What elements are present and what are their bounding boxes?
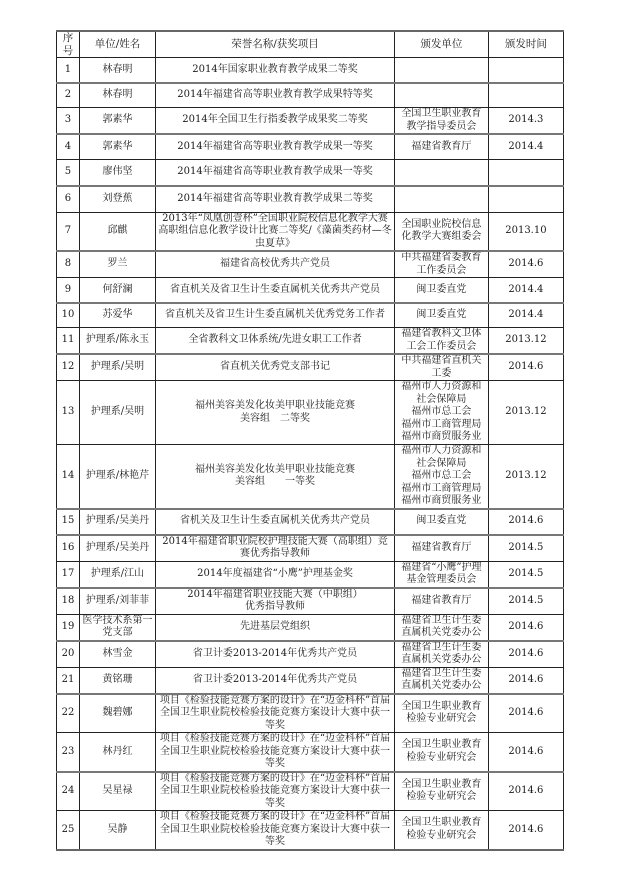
- cell-name: 护理系/陈永玉: [79, 328, 155, 355]
- cell-date: [488, 186, 563, 212]
- cell-date: 2014.3: [488, 108, 563, 135]
- awards-table: 序号 单位/姓名 荣誉名称/获奖项目 颁发单位 颁发时间 1林春明2014年国家…: [56, 30, 564, 851]
- table-row: 25吴静项目《检验技能竞赛方案的设计》在“迈金科杯”首届全国卫生职业院校检验技能…: [57, 811, 564, 850]
- table-row: 3郭素华2014年全国卫生行指委教学成果奖二等奖全国卫生职业教育教学指导委员会2…: [57, 108, 564, 135]
- cell-title: 省直机关优秀党支部书记: [156, 354, 395, 381]
- table-row: 22魏碧娜项目《检验技能竞赛方案的设计》在“迈金科杯”首届全国卫生职业院校检验技…: [57, 694, 564, 733]
- cell-title: 项目《检验技能竞赛方案的设计》在“迈金科杯”首届全国卫生职业院校检验技能竞赛方案…: [156, 733, 395, 772]
- table-row: 4郭素华2014年福建省高等职业教育教学成果一等奖福建省教育厅2014.4: [57, 134, 564, 159]
- header-title: 荣誉名称/获奖项目: [156, 31, 395, 58]
- cell-name: 护理系/吴美丹: [79, 509, 155, 535]
- cell-date: 2014.6: [488, 694, 563, 733]
- table-row: 23林丹红项目《检验技能竞赛方案的设计》在“迈金科杯”首届全国卫生职业院校检验技…: [57, 733, 564, 772]
- cell-no: 24: [57, 772, 80, 811]
- cell-title: 项目《检验技能竞赛方案的设计》在“迈金科杯”首届全国卫生职业院校检验技能竞赛方案…: [156, 811, 395, 850]
- cell-no: 11: [57, 328, 80, 355]
- cell-no: 9: [57, 278, 80, 303]
- cell-name: 护理系/吴明: [79, 381, 155, 445]
- cell-no: 15: [57, 509, 80, 535]
- cell-name: 黄铭珊: [79, 667, 155, 694]
- table-row: 12护理系/吴明省直机关优秀党支部书记中共福建省直机关工委2014.6: [57, 354, 564, 381]
- cell-title: 省卫计委2013-2014年优秀共产党员: [156, 641, 395, 668]
- table-row: 17护理系/江山2014年度福建省“小鹰”护理基金奖福建省“小鹰”护理基金管理委…: [57, 561, 564, 588]
- cell-no: 6: [57, 186, 80, 212]
- cell-name: 郭素华: [79, 108, 155, 135]
- cell-issuer: 福州市人力资源和社会保障局福州市总工会福州市工商管理局福州市商贸服务业: [394, 381, 488, 445]
- cell-title: 2013年“凤凰创壹杯”全国职业院校信息化教学大赛高职组信息化教学设计比赛二等奖…: [156, 212, 395, 251]
- table-row: 5廖伟坚2014年福建省高等职业教育教学成果一等奖: [57, 159, 564, 186]
- cell-no: 10: [57, 303, 80, 328]
- cell-no: 13: [57, 381, 80, 445]
- cell-title: 福州美容美发化妆美甲职业技能竞赛美容组 二等奖: [156, 381, 395, 445]
- cell-date: 2014.6: [488, 667, 563, 694]
- cell-date: 2014.6: [488, 772, 563, 811]
- cell-date: 2014.6: [488, 354, 563, 381]
- cell-name: 魏碧娜: [79, 694, 155, 733]
- cell-title: 福州美容美发化妆美甲职业技能竞赛美容组 一等奖: [156, 445, 395, 509]
- table-row: 20林雪金省卫计委2013-2014年优秀共产党员福建省卫生计生委直属机关党委办…: [57, 641, 564, 668]
- cell-no: 1: [57, 58, 80, 83]
- table-row: 16护理系/吴美丹2014年福建省职业院校护理技能大赛（高职组）竞赛优秀指导教师…: [57, 535, 564, 562]
- cell-name: 林丹红: [79, 733, 155, 772]
- cell-name: 林春明: [79, 58, 155, 83]
- cell-name: 护理系/刘菲菲: [79, 588, 155, 615]
- cell-name: 护理系/林艳芹: [79, 445, 155, 509]
- cell-issuer: 全国卫生职业教育教学指导委员会: [394, 108, 488, 135]
- cell-no: 8: [57, 251, 80, 278]
- table-row: 21黄铭珊省卫计委2013-2014年优秀共产党员福建省卫生计生委直属机关党委办…: [57, 667, 564, 694]
- cell-name: 林雪金: [79, 641, 155, 668]
- cell-issuer: 福建省卫生计生委直属机关党委办公: [394, 667, 488, 694]
- cell-title: 项目《检验技能竞赛方案的设计》在“迈金科杯”首届全国卫生职业院校检验技能竞赛方案…: [156, 772, 395, 811]
- cell-title: 省直机关及省卫生计生委直属机关优秀党务工作者: [156, 303, 395, 328]
- cell-date: 2014.6: [488, 509, 563, 535]
- cell-issuer: 福建省卫生计生委直属机关党委办公: [394, 641, 488, 668]
- header-issuer: 颁发单位: [394, 31, 488, 58]
- cell-issuer: [394, 159, 488, 186]
- cell-title: 先进基层党组织: [156, 614, 395, 641]
- cell-issuer: 全国卫生职业教育检验专业研究会: [394, 733, 488, 772]
- cell-title: 2014年福建省高等职业教育教学成果一等奖: [156, 134, 395, 159]
- table-body: 1林春明2014年国家职业教育教学成果二等奖2林春明2014年福建省高等职业教育…: [57, 58, 564, 850]
- cell-no: 12: [57, 354, 80, 381]
- cell-title: 2014年福建省高等职业教育教学成果二等奖: [156, 186, 395, 212]
- table-row: 9何舒澜省直机关及省卫生计生委直属机关优秀共产党员闽卫委直党2014.4: [57, 278, 564, 303]
- cell-name: 苏爱华: [79, 303, 155, 328]
- table-row: 2林春明2014年福建省高等职业教育教学成果特等奖: [57, 83, 564, 108]
- cell-issuer: 福建省教育厅: [394, 588, 488, 615]
- cell-name: 医学技术系第一党支部: [79, 614, 155, 641]
- cell-name: 护理系/江山: [79, 561, 155, 588]
- cell-no: 17: [57, 561, 80, 588]
- cell-name: 林春明: [79, 83, 155, 108]
- cell-name: 刘登蕉: [79, 186, 155, 212]
- cell-issuer: [394, 186, 488, 212]
- table-row: 6刘登蕉2014年福建省高等职业教育教学成果二等奖: [57, 186, 564, 212]
- table-header-row: 序号 单位/姓名 荣誉名称/获奖项目 颁发单位 颁发时间: [57, 31, 564, 58]
- cell-no: 7: [57, 212, 80, 251]
- cell-no: 23: [57, 733, 80, 772]
- table-row: 11护理系/陈永玉全省教科文卫体系统/先进女职工工作者福建省教科文卫体工会工作委…: [57, 328, 564, 355]
- cell-name: 罗兰: [79, 251, 155, 278]
- cell-title: 省卫计委2013-2014年优秀共产党员: [156, 667, 395, 694]
- header-date: 颁发时间: [488, 31, 563, 58]
- cell-title: 2014年国家职业教育教学成果二等奖: [156, 58, 395, 83]
- cell-issuer: 闽卫委直党: [394, 278, 488, 303]
- cell-no: 18: [57, 588, 80, 615]
- cell-issuer: 全国卫生职业教育检验专业研究会: [394, 694, 488, 733]
- cell-date: 2014.5: [488, 535, 563, 562]
- cell-date: 2013.12: [488, 381, 563, 445]
- cell-issuer: 中共福建省直机关工委: [394, 354, 488, 381]
- table-row: 18护理系/刘菲菲2014年福建省职业技能大赛（中职组）优秀指导教师福建省教育厅…: [57, 588, 564, 615]
- cell-issuer: 福建省教育厅: [394, 134, 488, 159]
- cell-no: 5: [57, 159, 80, 186]
- cell-issuer: 福建省教育厅: [394, 535, 488, 562]
- cell-no: 16: [57, 535, 80, 562]
- cell-date: 2014.4: [488, 134, 563, 159]
- table-row: 15护理系/吴美丹省机关及卫生计生委直属机关优秀共产党员闽卫委直党2014.6: [57, 509, 564, 535]
- cell-issuer: [394, 83, 488, 108]
- cell-title: 2014年福建省职业院校护理技能大赛（高职组）竞赛优秀指导教师: [156, 535, 395, 562]
- cell-issuer: 福州市人力资源和社会保障局福州市总工会福州市工商管理局福州市商贸服务业: [394, 445, 488, 509]
- table-row: 10苏爱华省直机关及省卫生计生委直属机关优秀党务工作者闽卫委直党2014.4: [57, 303, 564, 328]
- cell-date: [488, 159, 563, 186]
- cell-issuer: 全国卫生职业教育检验专业研究会: [394, 811, 488, 850]
- cell-date: 2014.5: [488, 588, 563, 615]
- cell-date: 2014.4: [488, 303, 563, 328]
- cell-date: 2014.6: [488, 811, 563, 850]
- cell-no: 25: [57, 811, 80, 850]
- cell-date: 2014.6: [488, 733, 563, 772]
- cell-issuer: [394, 58, 488, 83]
- cell-title: 2014年度福建省“小鹰”护理基金奖: [156, 561, 395, 588]
- cell-no: 21: [57, 667, 80, 694]
- cell-title: 2014年全国卫生行指委教学成果奖二等奖: [156, 108, 395, 135]
- cell-date: 2014.6: [488, 641, 563, 668]
- cell-title: 省直机关及省卫生计生委直属机关优秀共产党员: [156, 278, 395, 303]
- cell-title: 2014年福建省高等职业教育教学成果特等奖: [156, 83, 395, 108]
- cell-date: 2014.6: [488, 614, 563, 641]
- cell-date: 2013.12: [488, 445, 563, 509]
- cell-issuer: 中共福建省委教育工作委员会: [394, 251, 488, 278]
- table-row: 19医学技术系第一党支部先进基层党组织福建省卫生计生委直属机关党委办公2014.…: [57, 614, 564, 641]
- table-row: 14护理系/林艳芹福州美容美发化妆美甲职业技能竞赛美容组 一等奖福州市人力资源和…: [57, 445, 564, 509]
- cell-title: 全省教科文卫体系统/先进女职工工作者: [156, 328, 395, 355]
- cell-issuer: 闽卫委直党: [394, 303, 488, 328]
- cell-date: 2013.10: [488, 212, 563, 251]
- cell-name: 何舒澜: [79, 278, 155, 303]
- header-no: 序号: [57, 31, 80, 58]
- cell-name: 护理系/吴明: [79, 354, 155, 381]
- cell-no: 4: [57, 134, 80, 159]
- cell-no: 20: [57, 641, 80, 668]
- cell-issuer: 福建省教科文卫体工会工作委员会: [394, 328, 488, 355]
- cell-date: [488, 83, 563, 108]
- cell-name: 郭素华: [79, 134, 155, 159]
- cell-title: 项目《检验技能竞赛方案的设计》在“迈金科杯”首届全国卫生职业院校检验技能竞赛方案…: [156, 694, 395, 733]
- table-row: 7邱麒2013年“凤凰创壹杯”全国职业院校信息化教学大赛高职组信息化教学设计比赛…: [57, 212, 564, 251]
- cell-date: 2013.12: [488, 328, 563, 355]
- cell-date: 2014.5: [488, 561, 563, 588]
- cell-no: 19: [57, 614, 80, 641]
- cell-name: 吴星禄: [79, 772, 155, 811]
- cell-title: 2014年福建省职业技能大赛（中职组）优秀指导教师: [156, 588, 395, 615]
- cell-name: 护理系/吴美丹: [79, 535, 155, 562]
- table-row: 1林春明2014年国家职业教育教学成果二等奖: [57, 58, 564, 83]
- cell-issuer: 福建省卫生计生委直属机关党委办公: [394, 614, 488, 641]
- cell-name: 廖伟坚: [79, 159, 155, 186]
- cell-issuer: 全国职业院校信息化教学大赛组委会: [394, 212, 488, 251]
- cell-name: 吴静: [79, 811, 155, 850]
- table-row: 8罗兰福建省高校优秀共产党员中共福建省委教育工作委员会2014.6: [57, 251, 564, 278]
- cell-no: 3: [57, 108, 80, 135]
- cell-title: 2014年福建省高等职业教育教学成果一等奖: [156, 159, 395, 186]
- table-row: 24吴星禄项目《检验技能竞赛方案的设计》在“迈金科杯”首届全国卫生职业院校检验技…: [57, 772, 564, 811]
- cell-issuer: 福建省“小鹰”护理基金管理委员会: [394, 561, 488, 588]
- cell-title: 省机关及卫生计生委直属机关优秀共产党员: [156, 509, 395, 535]
- cell-date: 2014.6: [488, 251, 563, 278]
- cell-date: 2014.4: [488, 278, 563, 303]
- cell-no: 14: [57, 445, 80, 509]
- cell-no: 22: [57, 694, 80, 733]
- cell-title: 福建省高校优秀共产党员: [156, 251, 395, 278]
- cell-issuer: 全国卫生职业教育检验专业研究会: [394, 772, 488, 811]
- cell-name: 邱麒: [79, 212, 155, 251]
- header-name: 单位/姓名: [79, 31, 155, 58]
- table-row: 13护理系/吴明福州美容美发化妆美甲职业技能竞赛美容组 二等奖福州市人力资源和社…: [57, 381, 564, 445]
- cell-no: 2: [57, 83, 80, 108]
- cell-issuer: 闽卫委直党: [394, 509, 488, 535]
- cell-date: [488, 58, 563, 83]
